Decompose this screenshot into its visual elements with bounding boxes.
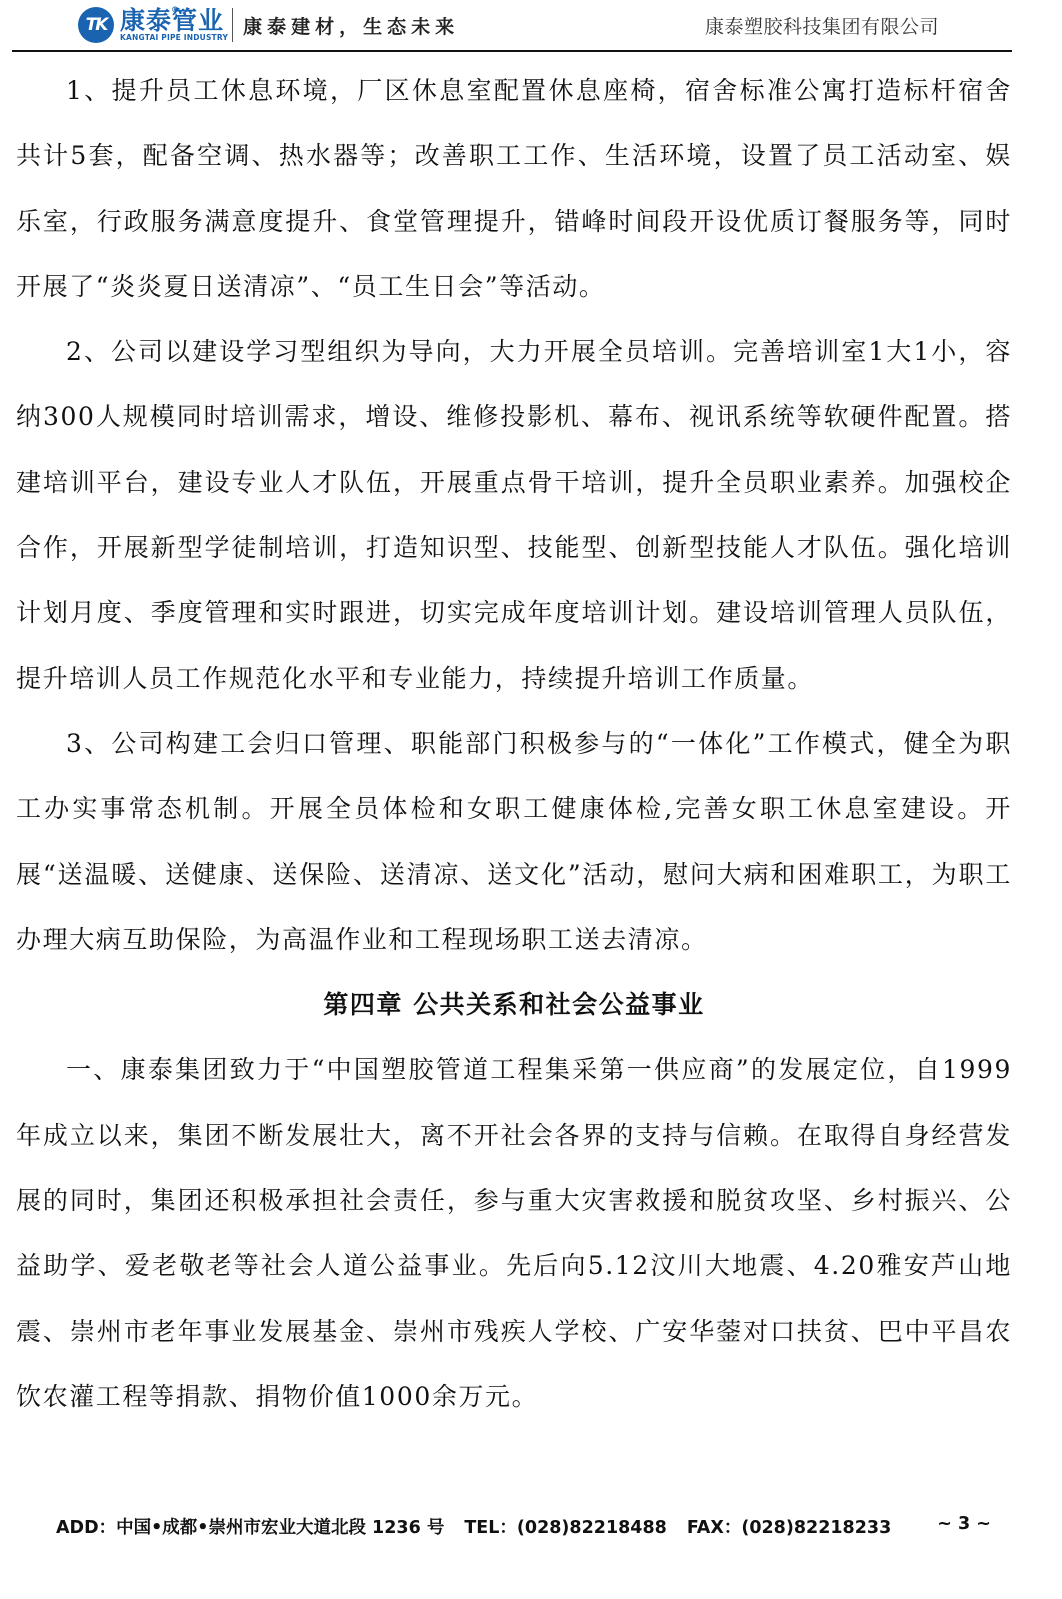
- brand-chinese-name: 康泰管业 ®: [120, 8, 228, 33]
- logo-initials: TK: [86, 15, 107, 35]
- paragraph-employee-environment: 1、提升员工休息环境，厂区休息室配置休息座椅，宿舍标准公寓打造标杆宿舍共计5套，…: [16, 58, 1012, 319]
- paragraph-public-welfare: 一、康泰集团致力于“中国塑胶管道工程集采第一供应商”的发展定位，自1999年成立…: [16, 1037, 1012, 1429]
- page-footer: ADD：中国•成都•崇州市宏业大道北段 1236 号 TEL：(028)8221…: [56, 1514, 1016, 1539]
- company-name: 康泰塑胶科技集团有限公司: [705, 12, 939, 39]
- brand-block: 康泰管业 ® KANGTAI PIPE INDUSTRY: [120, 8, 228, 42]
- document-body: 1、提升员工休息环境，厂区休息室配置休息座椅，宿舍标准公寓打造标杆宿舍共计5套，…: [16, 58, 1012, 1429]
- brand-english-name: KANGTAI PIPE INDUSTRY: [120, 34, 228, 42]
- chapter-title: 第四章 公共关系和社会公益事业: [16, 972, 1012, 1037]
- header-divider: [12, 50, 1012, 52]
- brand-divider: [232, 8, 233, 42]
- tk-logo-icon: TK: [78, 7, 114, 43]
- footer-fax: FAX：(028)82218233: [687, 1514, 891, 1539]
- footer-tel: TEL：(028)82218488: [464, 1514, 666, 1539]
- footer-spacer: [667, 1514, 687, 1539]
- company-logo: TK 康泰管业 ® KANGTAI PIPE INDUSTRY 康泰建材，生态未…: [78, 5, 459, 45]
- footer-address: ADD：中国•成都•崇州市宏业大道北段 1236 号: [56, 1514, 444, 1539]
- paragraph-union-welfare: 3、公司构建工会归口管理、职能部门积极参与的“一体化”工作模式，健全为职工办实事…: [16, 711, 1012, 972]
- page-number: ~ 3 ~: [937, 1514, 991, 1539]
- footer-spacer: [444, 1514, 464, 1539]
- slogan: 康泰建材，生态未来: [243, 12, 459, 39]
- registered-mark: ®: [171, 6, 180, 14]
- page-header: TK 康泰管业 ® KANGTAI PIPE INDUSTRY 康泰建材，生态未…: [0, 0, 1062, 54]
- paragraph-training: 2、公司以建设学习型组织为导向，大力开展全员培训。完善培训室1大1小，容纳300…: [16, 319, 1012, 711]
